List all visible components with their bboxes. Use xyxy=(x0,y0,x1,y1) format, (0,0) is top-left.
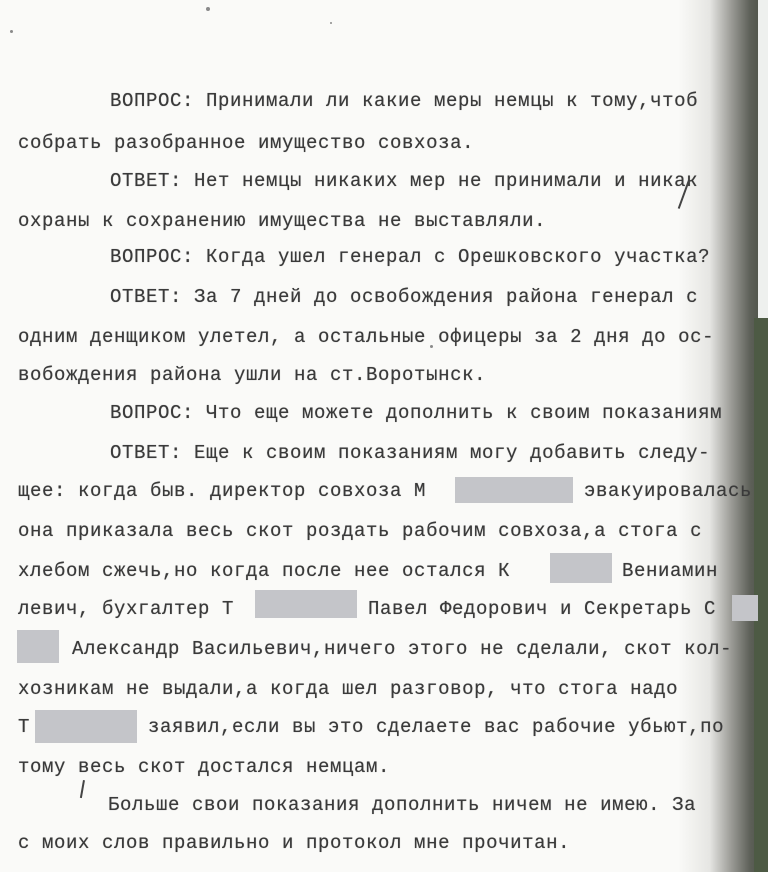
text-line: Т xyxy=(18,716,30,738)
scanned-document-page: ВОПРОС: Принимали ли какие меры немцы к … xyxy=(0,0,768,872)
text-line: вобождения района ушли на ст.Воротынск. xyxy=(18,364,486,386)
text-line: Вениамин xyxy=(622,560,718,582)
page-edge-strip xyxy=(758,0,768,318)
closing-line: с моих слов правильно и протокол мне про… xyxy=(18,832,570,854)
text-line: она приказала весь скот роздать рабочим … xyxy=(18,520,702,542)
redaction-box xyxy=(255,590,357,618)
text-line: заявил,если вы это сделаете вас рабочие … xyxy=(148,716,724,738)
paper-speck xyxy=(10,30,13,33)
text-line: собрать разобранное имущество совхоза. xyxy=(18,132,474,154)
text-line: щее: когда быв. директор совхоза М xyxy=(18,480,426,502)
redaction-box xyxy=(455,477,573,503)
text-line: хлебом сжечь,но когда после нее остался … xyxy=(18,560,510,582)
redaction-box xyxy=(35,710,137,743)
paper-speck xyxy=(330,22,332,24)
closing-line: Больше свои показания дополнить ничем не… xyxy=(108,794,696,816)
question-line: ВОПРОС: Что еще можете дополнить к своим… xyxy=(110,402,722,424)
text-line: охраны к сохранению имущества не выставл… xyxy=(18,210,546,232)
answer-line: ОТВЕТ: За 7 дней до освобождения района … xyxy=(110,286,698,308)
text-line: хозникам не выдали,а когда шел разговор,… xyxy=(18,678,678,700)
answer-line: ОТВЕТ: Нет немцы никаких мер не принимал… xyxy=(110,170,698,192)
text-line: Александр Васильевич,ничего этого не сде… xyxy=(72,638,732,660)
answer-line: ОТВЕТ: Еще к своим показаниям могу добав… xyxy=(110,442,710,464)
redaction-box xyxy=(550,553,612,583)
question-line: ВОПРОС: Когда ушел генерал с Орешковског… xyxy=(110,246,710,268)
redaction-box xyxy=(732,595,758,621)
text-line: тому весь скот достался немцам. xyxy=(18,756,390,778)
text-line: эвакуировалась xyxy=(584,480,752,502)
text-line: Павел Федорович и Секретарь С xyxy=(368,598,716,620)
pen-mark xyxy=(80,780,85,798)
question-line: ВОПРОС: Принимали ли какие меры немцы к … xyxy=(110,90,698,112)
paper-speck xyxy=(430,345,433,348)
text-line: левич, бухгалтер Т xyxy=(18,598,234,620)
text-line: одним денщиком улетел, а остальные офице… xyxy=(18,326,714,348)
paper-speck xyxy=(206,7,210,11)
redaction-box xyxy=(17,630,59,663)
